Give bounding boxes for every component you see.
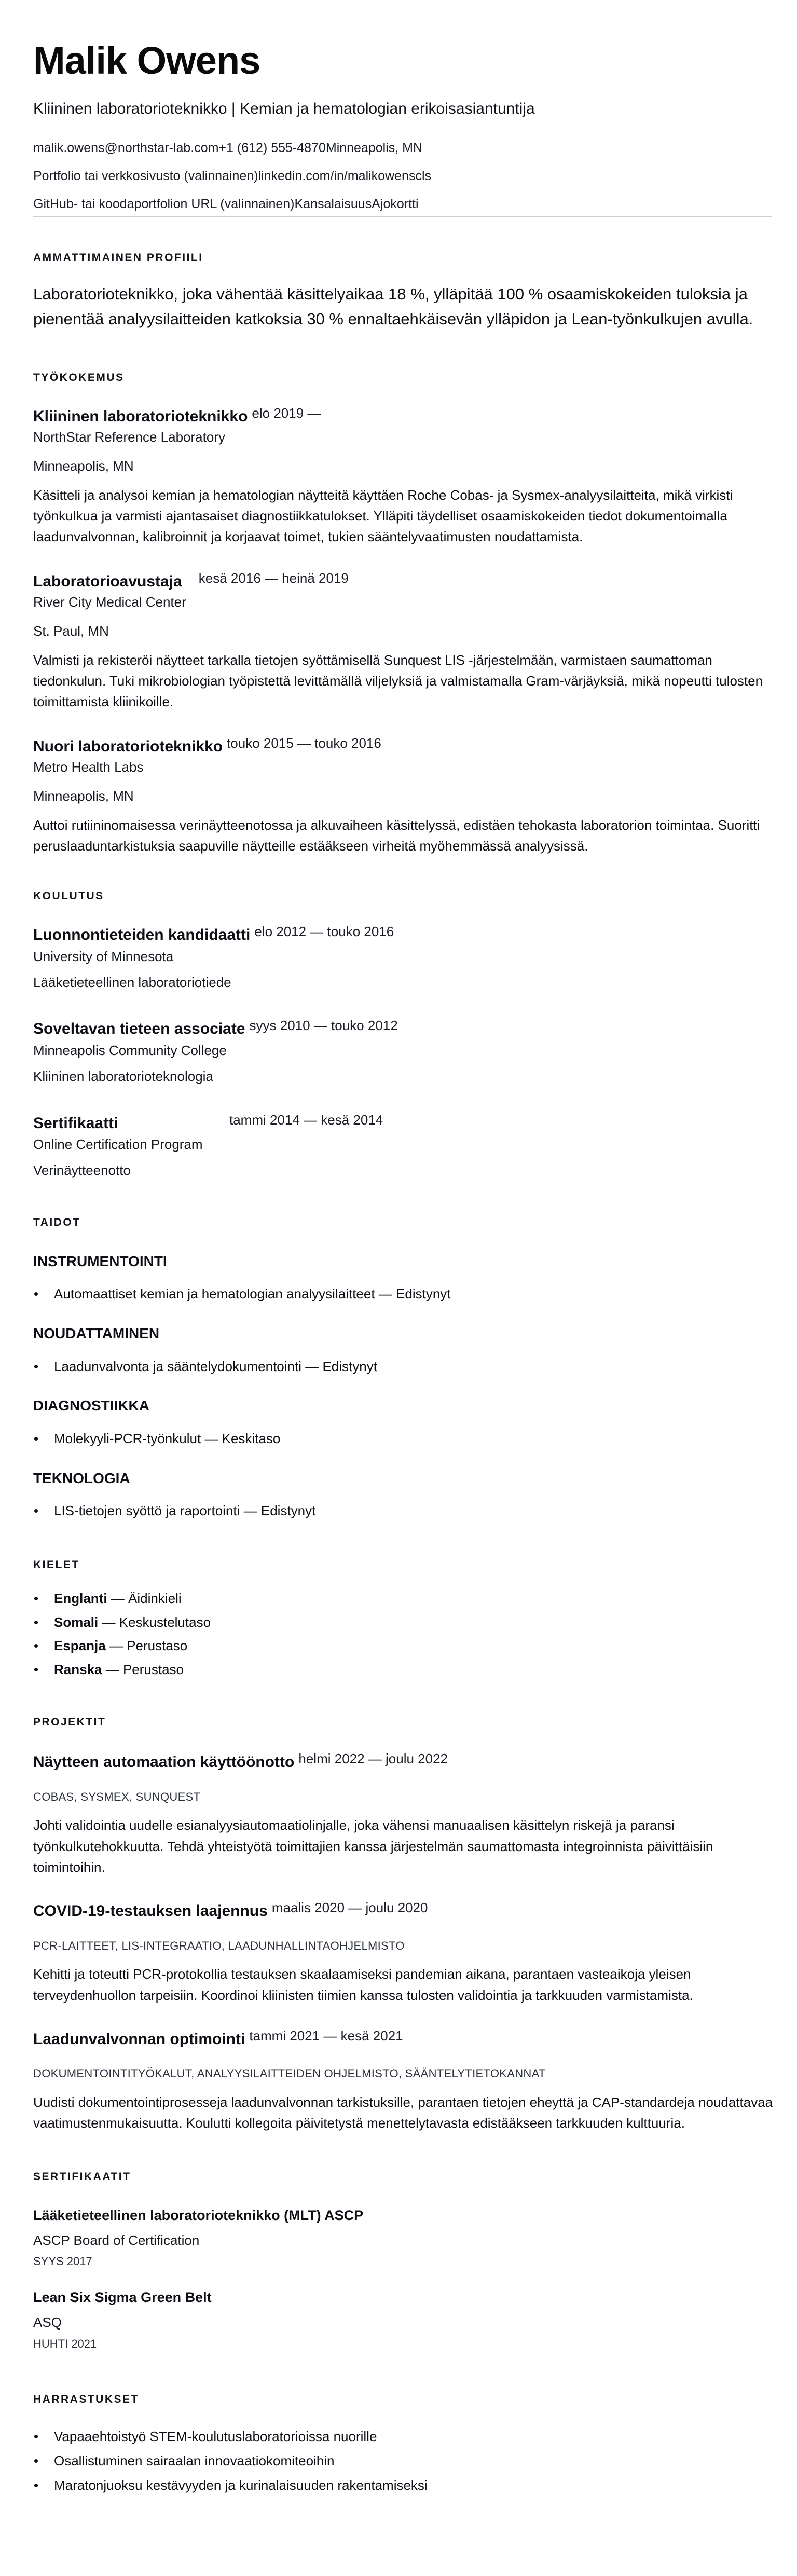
language-level: Perustaso	[123, 1662, 184, 1677]
project-tech: PCR-laitteet, LIS-integraatio, laadunhal…	[33, 1939, 764, 1954]
job-location: Minneapolis, MN	[33, 458, 764, 475]
field-of-study: Kliininen laboratorioteknologia	[33, 1068, 764, 1086]
certification-issuer: ASCP Board of Certification	[33, 2232, 764, 2250]
section-education: Koulutus Luonnontieteiden kandidaatti el…	[33, 889, 764, 1179]
section-experience: Työkokemus Kliininen laboratorioteknikko…	[33, 371, 764, 856]
certification-date: syys 2017	[33, 2254, 764, 2269]
project-tech: Dokumentointityökalut, analyysilaitteide…	[33, 2066, 764, 2081]
school: University of Minnesota	[33, 948, 764, 966]
resume-page: Malik Owens Kliininen laboratorioteknikk…	[0, 0, 797, 2529]
job-dates: touko 2015 — touko 2016	[227, 736, 381, 751]
degree: Sertifikaatti	[33, 1114, 225, 1133]
education-dates: syys 2010 — touko 2012	[250, 1018, 398, 1033]
project-name: COVID-19-testauksen laajennus	[33, 1901, 268, 1921]
job-description: Valmisti ja rekisteröi näytteet tarkalla…	[33, 650, 775, 712]
section-title-profile: Ammattimainen profiili	[33, 251, 764, 264]
section-projects: Projektit Näytteen automaation käyttööno…	[33, 1716, 764, 2134]
job-location: St. Paul, MN	[33, 623, 764, 640]
skill-group: Noudattaminen Laadunvalvonta ja sääntely…	[33, 1325, 764, 1376]
degree: Luonnontieteiden kandidaatti	[33, 925, 250, 945]
section-title-skills: Taidot	[33, 1216, 764, 1229]
github-label[interactable]: GitHub- tai koodaportfolion URL (valinna…	[33, 197, 295, 211]
job-title: Nuori laboratorioteknikko	[33, 737, 223, 757]
project-dates: maalis 2020 — joulu 2020	[272, 1900, 428, 1915]
section-title-education: Koulutus	[33, 889, 764, 902]
field-of-study: Lääketieteellinen laboratoriotiede	[33, 974, 764, 992]
headline: Kliininen laboratorioteknikko | Kemian j…	[33, 100, 764, 118]
linkedin-link[interactable]: linkedin.com/in/malikowenscls	[258, 169, 431, 183]
skill-item: LIS-tietojen syöttö ja raportointi — Edi…	[33, 1501, 764, 1521]
language-item: Somali — Keskustelutaso	[33, 1611, 764, 1635]
skill-category: Diagnostiikka	[33, 1397, 764, 1415]
certification-name: Lääketieteellinen laboratorioteknikko (M…	[33, 2207, 764, 2225]
education-dates: elo 2012 — touko 2016	[254, 924, 394, 939]
language-name: Espanja	[54, 1638, 106, 1653]
job-description: Käsitteli ja analysoi kemian ja hematolo…	[33, 485, 775, 547]
skill-item: Automaattiset kemian ja hematologian ana…	[33, 1284, 764, 1304]
job-title: Laboratorioavustaja	[33, 572, 182, 592]
language-item: Espanja — Perustaso	[33, 1634, 764, 1658]
job-location: Minneapolis, MN	[33, 788, 764, 805]
contact-row-extra: GitHub- tai koodaportfolion URL (valinna…	[33, 196, 764, 212]
contact-email[interactable]: malik.owens@northstar-lab.com	[33, 141, 218, 155]
project-description: Johti validointia uudelle esianalyysiaut…	[33, 1815, 775, 1878]
project-name: Laadunvalvonnan optimointi	[33, 2030, 245, 2049]
job-company: River City Medical Center	[33, 594, 764, 611]
language-item: Englanti — Äidinkieli	[33, 1587, 764, 1611]
skill-category: Noudattaminen	[33, 1325, 764, 1342]
skill-item: Molekyyli-PCR-työnkulut — Keskitaso	[33, 1429, 764, 1449]
project-dates: tammi 2021 — kesä 2021	[249, 2029, 403, 2044]
certification-name: Lean Six Sigma Green Belt	[33, 2289, 764, 2307]
language-level: Keskustelutaso	[119, 1614, 211, 1630]
skill-category: Teknologia	[33, 1470, 764, 1487]
language-separator: —	[107, 1591, 128, 1606]
job-dates: kesä 2016 — heinä 2019	[199, 571, 349, 586]
school: Online Certification Program	[33, 1136, 764, 1154]
resume-header: Malik Owens Kliininen laboratorioteknikk…	[33, 42, 764, 217]
experience-item: Laboratorioavustaja kesä 2016 — heinä 20…	[33, 572, 764, 712]
language-item: Ranska — Perustaso	[33, 1658, 764, 1682]
experience-item: Kliininen laboratorioteknikko elo 2019 —…	[33, 407, 764, 547]
section-title-certifications: Sertifikaatit	[33, 2170, 764, 2183]
contact-row-primary: malik.owens@northstar-lab.com+1 (612) 55…	[33, 140, 764, 156]
section-certifications: Sertifikaatit Lääketieteellinen laborato…	[33, 2170, 764, 2351]
contact-phone[interactable]: +1 (612) 555-4870	[218, 141, 325, 155]
job-title: Kliininen laboratorioteknikko	[33, 407, 248, 427]
language-level: Äidinkieli	[128, 1591, 182, 1606]
section-title-interests: Harrastukset	[33, 2393, 764, 2406]
section-languages: Kielet Englanti — Äidinkieli Somali — Ke…	[33, 1558, 764, 1681]
project-description: Uudisti dokumentointiprosesseja laadunva…	[33, 2092, 775, 2134]
education-item: Soveltavan tieteen associate syys 2010 —…	[33, 1019, 764, 1085]
job-dates: elo 2019 —	[252, 406, 321, 421]
citizenship-label: Kansalaisuus	[295, 197, 372, 211]
language-name: Englanti	[54, 1591, 107, 1606]
interest-item: Osallistuminen sairaalan innovaatiokomit…	[33, 2449, 764, 2473]
skill-group: Teknologia LIS-tietojen syöttö ja raport…	[33, 1470, 764, 1521]
certification-item: Lääketieteellinen laboratorioteknikko (M…	[33, 2207, 764, 2269]
section-skills: Taidot Instrumentointi Automaattiset kem…	[33, 1216, 764, 1521]
certification-issuer: ASQ	[33, 2314, 764, 2332]
education-item: Luonnontieteiden kandidaatti elo 2012 — …	[33, 925, 764, 991]
section-interests: Harrastukset Vapaaehtoistyö STEM-koulutu…	[33, 2393, 764, 2498]
job-company: Metro Health Labs	[33, 759, 764, 776]
job-company: NorthStar Reference Laboratory	[33, 429, 764, 446]
section-title-languages: Kielet	[33, 1558, 764, 1571]
header-divider	[33, 216, 772, 217]
project-item: Näytteen automaation käyttöönotto helmi …	[33, 1752, 764, 1878]
skill-group: Diagnostiikka Molekyyli-PCR-työnkulut — …	[33, 1397, 764, 1448]
language-level: Perustaso	[127, 1638, 187, 1653]
school: Minneapolis Community College	[33, 1042, 764, 1060]
job-description: Auttoi rutiininomaisessa verinäytteenoto…	[33, 815, 775, 857]
contact-location: Minneapolis, MN	[326, 141, 422, 155]
skill-group: Instrumentointi Automaattiset kemian ja …	[33, 1253, 764, 1304]
degree: Soveltavan tieteen associate	[33, 1019, 245, 1039]
language-name: Ranska	[54, 1662, 102, 1677]
field-of-study: Verinäytteenotto	[33, 1162, 764, 1180]
education-item: Sertifikaatti tammi 2014 — kesä 2014 Onl…	[33, 1114, 764, 1180]
interest-item: Vapaaehtoistyö STEM-koulutuslaboratorioi…	[33, 2424, 764, 2449]
profile-summary: Laboratorioteknikko, joka vähentää käsit…	[33, 282, 770, 332]
language-separator: —	[102, 1662, 123, 1677]
project-tech: Cobas, Sysmex, Sunquest	[33, 1790, 764, 1805]
candidate-name: Malik Owens	[33, 42, 764, 80]
education-dates: tammi 2014 — kesä 2014	[229, 1113, 383, 1128]
project-item: Laadunvalvonnan optimointi tammi 2021 — …	[33, 2030, 764, 2134]
project-name: Näytteen automaation käyttöönotto	[33, 1752, 294, 1772]
interest-item: Maratonjuoksu kestävyyden ja kurinalaisu…	[33, 2473, 764, 2498]
section-profile: Ammattimainen profiili Laboratorioteknik…	[33, 251, 764, 332]
language-separator: —	[98, 1614, 119, 1630]
language-separator: —	[106, 1638, 127, 1653]
certification-date: huhti 2021	[33, 2337, 764, 2352]
experience-item: Nuori laboratorioteknikko touko 2015 — t…	[33, 737, 764, 856]
portfolio-label[interactable]: Portfolio tai verkkosivusto (valinnainen…	[33, 169, 258, 183]
license-label: Ajokortti	[372, 197, 418, 211]
skill-category: Instrumentointi	[33, 1253, 764, 1270]
certification-item: Lean Six Sigma Green Belt ASQ huhti 2021	[33, 2289, 764, 2351]
project-description: Kehitti ja toteutti PCR-protokollia test…	[33, 1964, 775, 2006]
project-dates: helmi 2022 — joulu 2022	[298, 1751, 448, 1766]
contact-row-links: Portfolio tai verkkosivusto (valinnainen…	[33, 168, 764, 184]
project-item: COVID-19-testauksen laajennus maalis 202…	[33, 1901, 764, 2006]
language-name: Somali	[54, 1614, 98, 1630]
section-title-projects: Projektit	[33, 1716, 764, 1729]
skill-item: Laadunvalvonta ja sääntelydokumentointi …	[33, 1357, 764, 1377]
section-title-experience: Työkokemus	[33, 371, 764, 384]
